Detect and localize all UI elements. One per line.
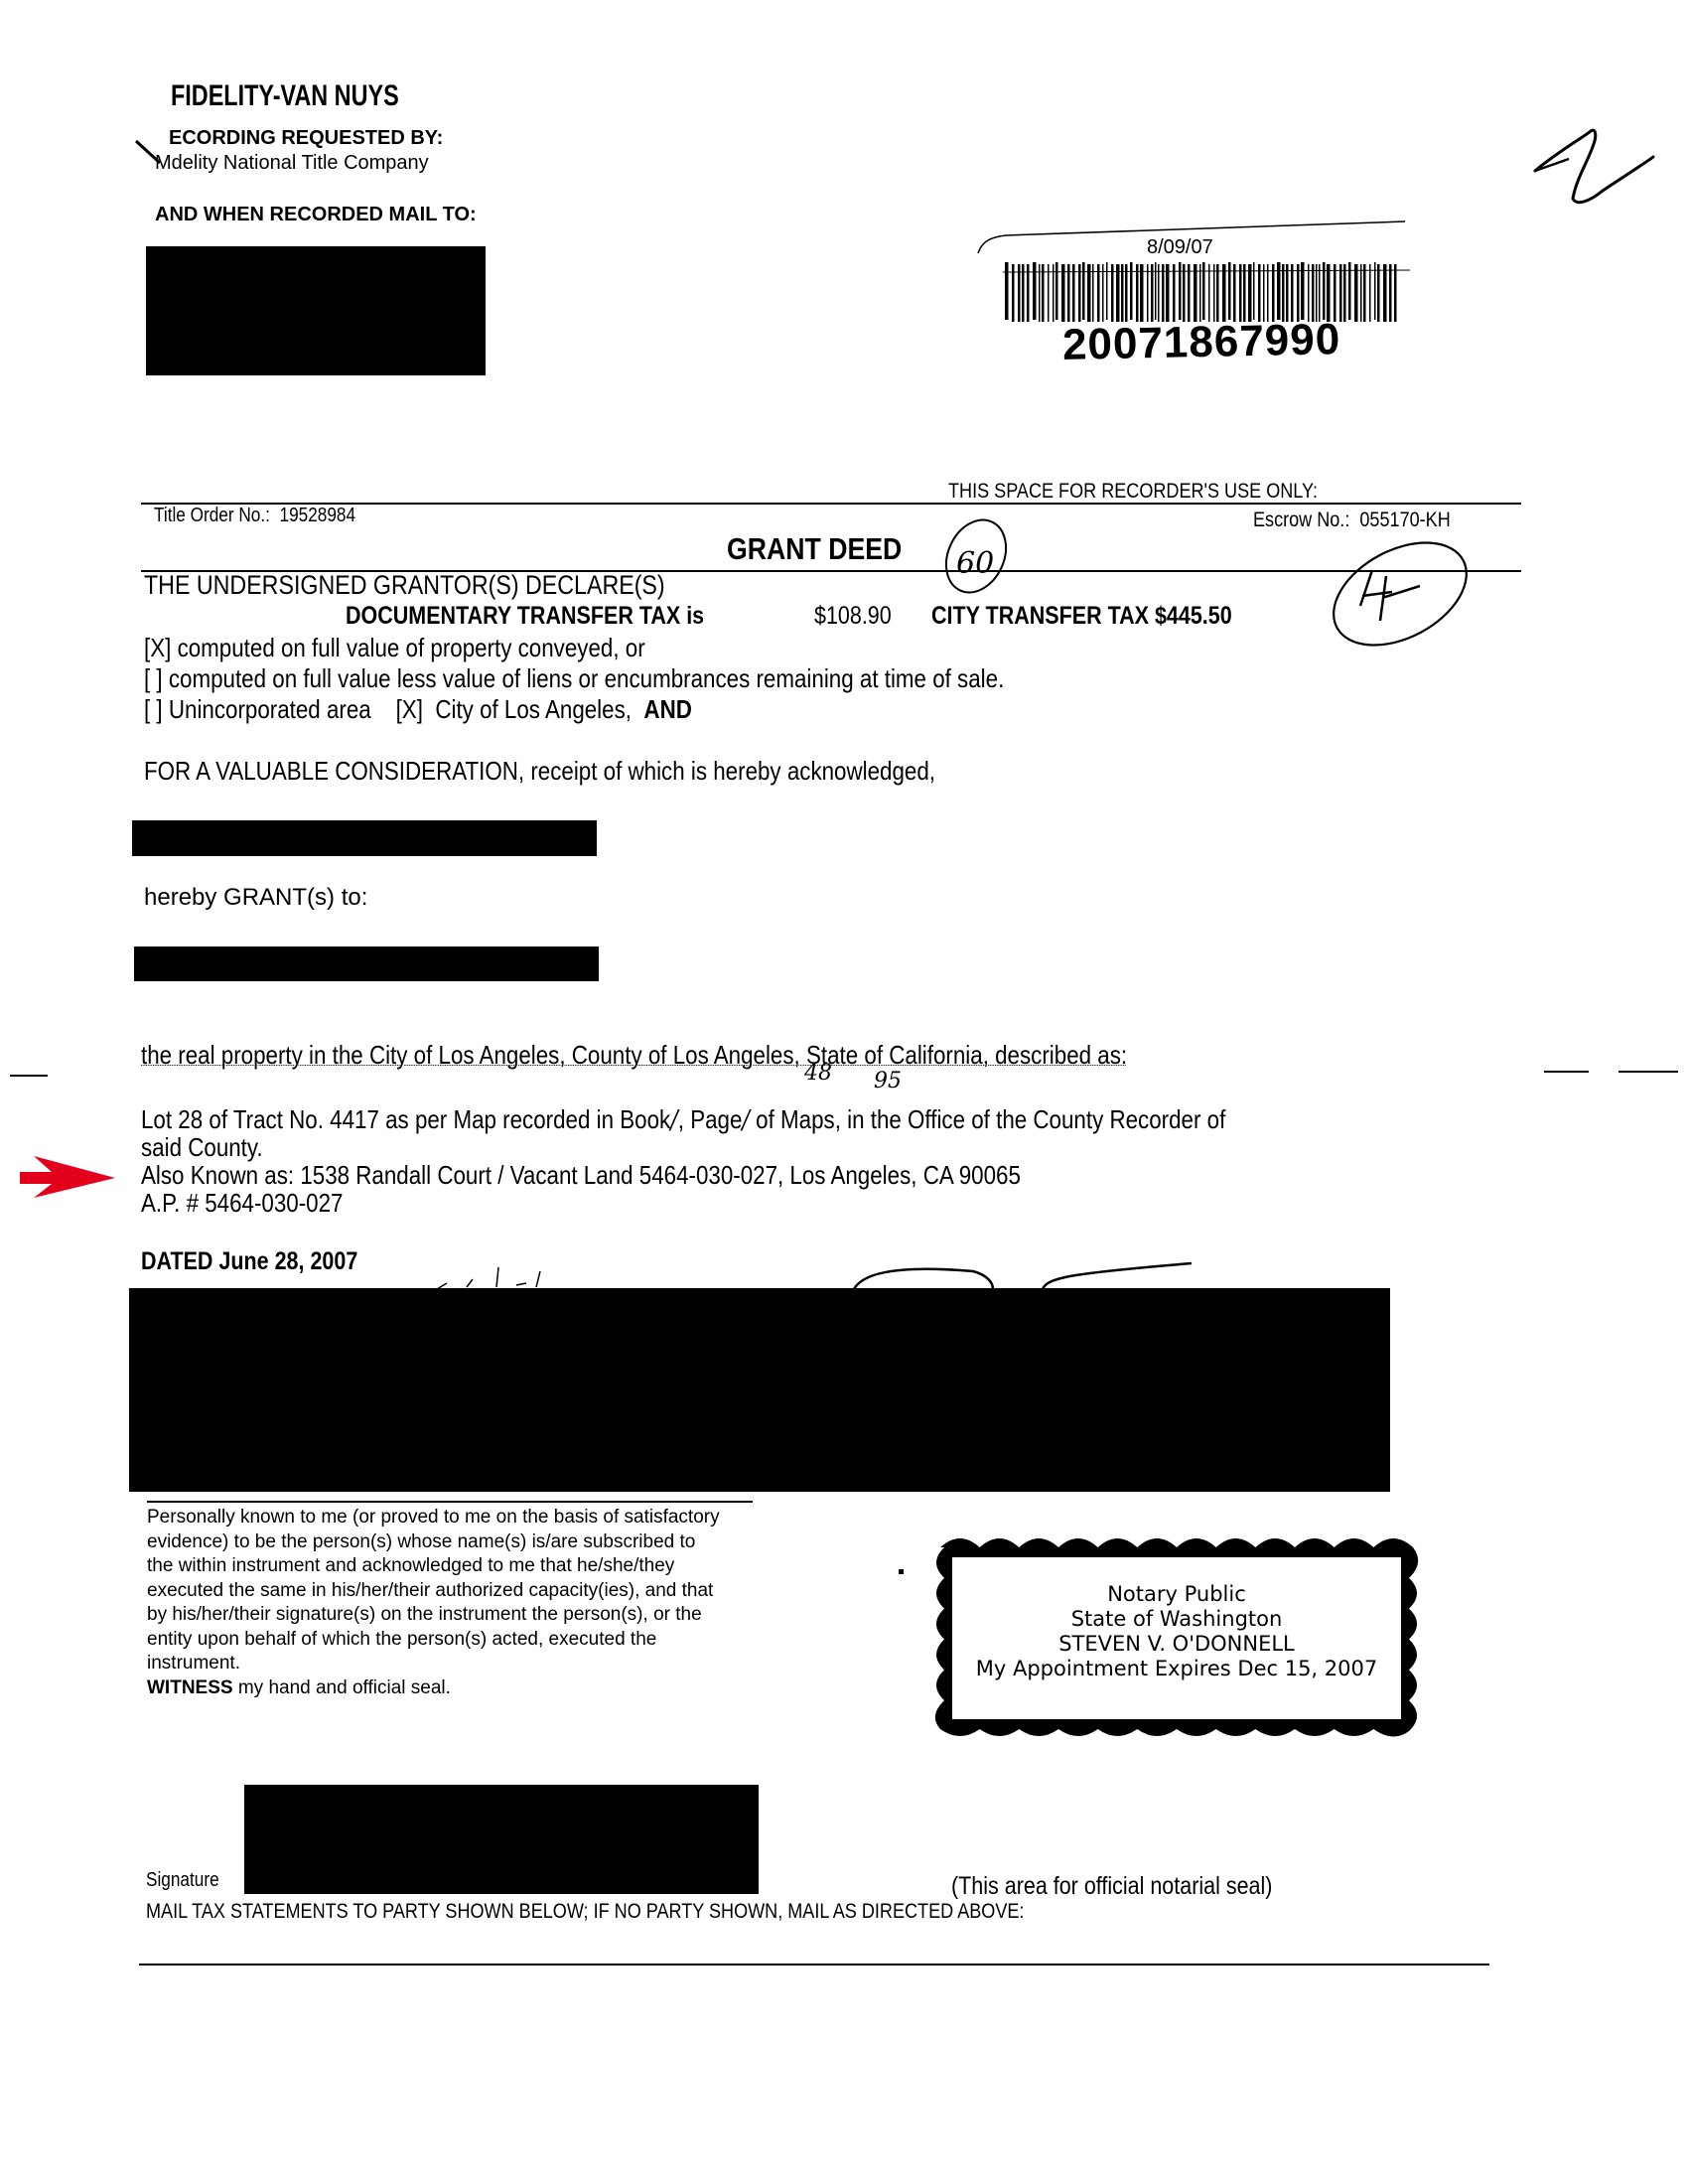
redacted-grantor-signatures — [129, 1288, 1390, 1492]
and-label: AND — [643, 694, 691, 724]
acknowledgment-rule — [147, 1501, 753, 1503]
witness-bold: WITNESS — [147, 1677, 233, 1698]
notary-seal-text: Notary Public State of Washington STEVEN… — [948, 1582, 1405, 1681]
handwritten-page-number-icon — [1529, 119, 1658, 209]
option-full-value-text: computed on full value of property conve… — [178, 633, 645, 662]
ack-line: executed the same in his/her/their autho… — [147, 1579, 902, 1604]
book-slash: / — [670, 1105, 678, 1135]
legal-description-line-1: Lot 28 of Tract No. 4417 as per Map reco… — [141, 1104, 1225, 1135]
redacted-mail-to-address — [146, 246, 486, 375]
ack-line: the within instrument and acknowledged t… — [147, 1554, 902, 1579]
handwritten-page-number: 95 — [874, 1069, 902, 1093]
ack-line: entity upon behalf of which the person(s… — [147, 1628, 902, 1653]
assessor-parcel-number: A.P. # 5464-030-027 — [141, 1188, 343, 1219]
signature-scrawl-icon — [437, 1253, 1251, 1293]
margin-mark-left — [10, 1075, 48, 1077]
checkbox-less-liens: [ ] — [144, 663, 163, 693]
recording-requested-label: ECORDING REQUESTED BY: — [169, 127, 443, 150]
legal-line-1a: Lot 28 of Tract No. 4417 as per Map reco… — [141, 1104, 670, 1134]
title-order-number: 19528984 — [280, 505, 356, 526]
dated-line: DATED June 28, 2007 — [141, 1247, 357, 1276]
handwritten-book-number: 48 — [804, 1061, 832, 1086]
mail-tax-statements: MAIL TAX STATEMENTS TO PARTY SHOWN BELOW… — [146, 1900, 1024, 1924]
witness-rest: my hand and official seal. — [233, 1677, 451, 1698]
city-tax-amount: $445.50 — [1155, 602, 1232, 630]
notary-line-title: Notary Public — [948, 1582, 1405, 1607]
margin-mark-right-2 — [1618, 1071, 1678, 1073]
notarial-seal-area-label: (This area for official notarial seal) — [951, 1872, 1272, 1901]
ack-line: Personally known to me (or proved to me … — [147, 1506, 902, 1530]
city-la-label: City of Los Angeles, — [435, 694, 632, 724]
office-stamp: FIDELITY-VAN NUYS — [171, 79, 399, 113]
notary-line-state: State of Washington — [948, 1607, 1405, 1632]
unincorporated-label: Unincorporated area — [169, 694, 371, 724]
tax-line: DOCUMENTARY TRANSFER TAX is — [346, 602, 763, 631]
recorder-space-label: THIS SPACE FOR RECORDER'S USE ONLY: — [948, 480, 1318, 504]
witness-line: WITNESS my hand and official seal. — [147, 1676, 902, 1701]
property-intro: the real property in the City of Los Ang… — [141, 1040, 1127, 1071]
consideration-text: FOR A VALUABLE CONSIDERATION, receipt of… — [144, 756, 935, 787]
stray-pen-mark-icon — [134, 137, 174, 171]
doc-tax-amount: $108.90 — [814, 602, 892, 631]
legal-description-line-2: said County. — [141, 1132, 263, 1163]
document-title: GRANT DEED — [727, 531, 902, 567]
redacted-grantee — [134, 946, 599, 981]
ack-line: instrument. — [147, 1652, 902, 1676]
title-order-label-text: Title Order No.: — [154, 505, 270, 526]
legal-line-1b: , Page — [678, 1104, 743, 1134]
ack-line: by his/her/their signature(s) on the ins… — [147, 1603, 902, 1628]
circled-note-44-icon — [1321, 526, 1489, 655]
checkbox-unincorporated: [ ] — [144, 694, 163, 724]
svg-text:60: 60 — [956, 546, 994, 581]
grants-to-text: hereby GRANT(s) to: — [144, 884, 367, 912]
ack-line: evidence) to be the person(s) whose name… — [147, 1530, 902, 1555]
tax-option-full-value: [X] computed on full value of property c… — [144, 633, 645, 663]
redacted-notary-signature — [244, 1785, 759, 1894]
document-number: 20071867990 — [1062, 315, 1341, 370]
circled-note-60-icon: 60 — [928, 511, 1028, 611]
tax-option-less-liens: [ ] computed on full value less value of… — [144, 663, 1004, 694]
notary-line-expiry: My Appointment Expires Dec 15, 2007 — [948, 1657, 1405, 1681]
grantor-declare: THE UNDERSIGNED GRANTOR(S) DECLARE(S) — [144, 570, 665, 601]
notary-line-name: STEVEN V. O'DONNELL — [948, 1632, 1405, 1657]
city-tax-label: CITY TRANSFER TAX $445.50 — [931, 602, 1232, 631]
legal-line-1c: of Maps, in the Office of the County Rec… — [750, 1104, 1225, 1134]
title-order-label: Title Order No.: 19528984 — [154, 505, 355, 527]
requester-name: Mdelity National Title Company — [155, 152, 429, 175]
page-slash: / — [742, 1105, 750, 1135]
city-tax-label-text: CITY TRANSFER TAX — [931, 602, 1149, 630]
signature-label: Signature — [146, 1869, 219, 1892]
checkbox-full-value: [X] — [144, 633, 171, 662]
option-less-liens-text: computed on full value less value of lie… — [169, 663, 1004, 693]
stray-dot — [899, 1569, 904, 1574]
redacted-grantor — [132, 820, 597, 856]
area-selection: [ ] Unincorporated area [X] City of Los … — [144, 694, 692, 725]
margin-mark-right-1 — [1544, 1071, 1589, 1073]
bottom-rule — [139, 1964, 1489, 1966]
also-known-as: Also Known as: 1538 Randall Court / Vaca… — [141, 1160, 1021, 1191]
red-arrow-icon — [18, 1152, 117, 1202]
mail-to-label: AND WHEN RECORDED MAIL TO: — [155, 204, 477, 226]
doc-tax-label: DOCUMENTARY TRANSFER TAX is — [346, 602, 704, 631]
acknowledgment-text: Personally known to me (or proved to me … — [147, 1506, 902, 1700]
checkbox-city-la: [X] — [396, 694, 423, 724]
